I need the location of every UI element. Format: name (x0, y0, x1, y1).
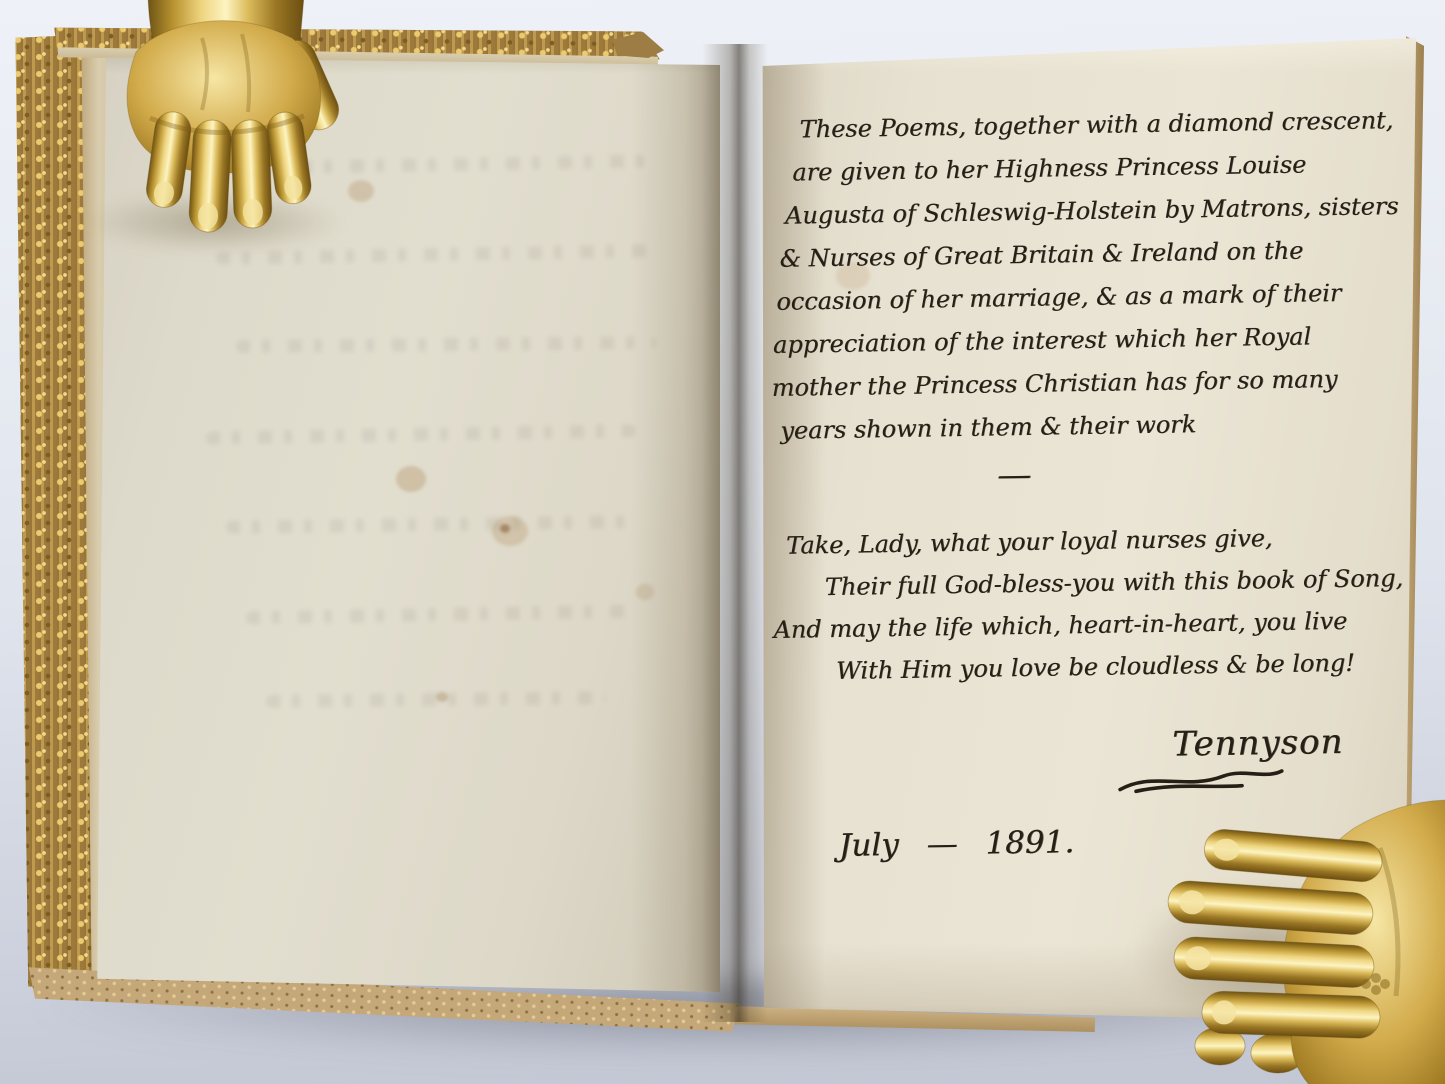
inscription-dash-separator: — (769, 449, 1410, 499)
tennyson-signature: Tennyson (1172, 722, 1344, 765)
foxing-spot (492, 516, 528, 546)
inscription-paragraph: These Poems, together with a diamond cre… (763, 99, 1408, 453)
signature-row: Tennyson (773, 721, 1414, 799)
brass-hand-clasp-top-left (52, 0, 382, 255)
book-gutter (702, 44, 768, 1022)
photo-scene: These Poems, together with a diamond cre… (0, 0, 1445, 1084)
ink-showthrough (226, 515, 636, 534)
foxing-spot (500, 524, 510, 533)
brass-hand-clasp-bottom-right (1118, 796, 1445, 1084)
poem-line: With Him you love be cloudless & be long… (772, 641, 1413, 693)
signature-underline-flourish (1116, 765, 1286, 794)
foxing-spot (396, 466, 426, 492)
ink-showthrough (206, 424, 636, 445)
foxing-spot (636, 584, 654, 600)
foxing-spot (436, 692, 448, 702)
inscription-line: years shown in them & their work (768, 400, 1409, 453)
inscription-poem: Take, Lady, what your loyal nurses give,… (770, 515, 1413, 693)
ink-showthrough (236, 336, 656, 353)
ink-showthrough (246, 605, 636, 625)
